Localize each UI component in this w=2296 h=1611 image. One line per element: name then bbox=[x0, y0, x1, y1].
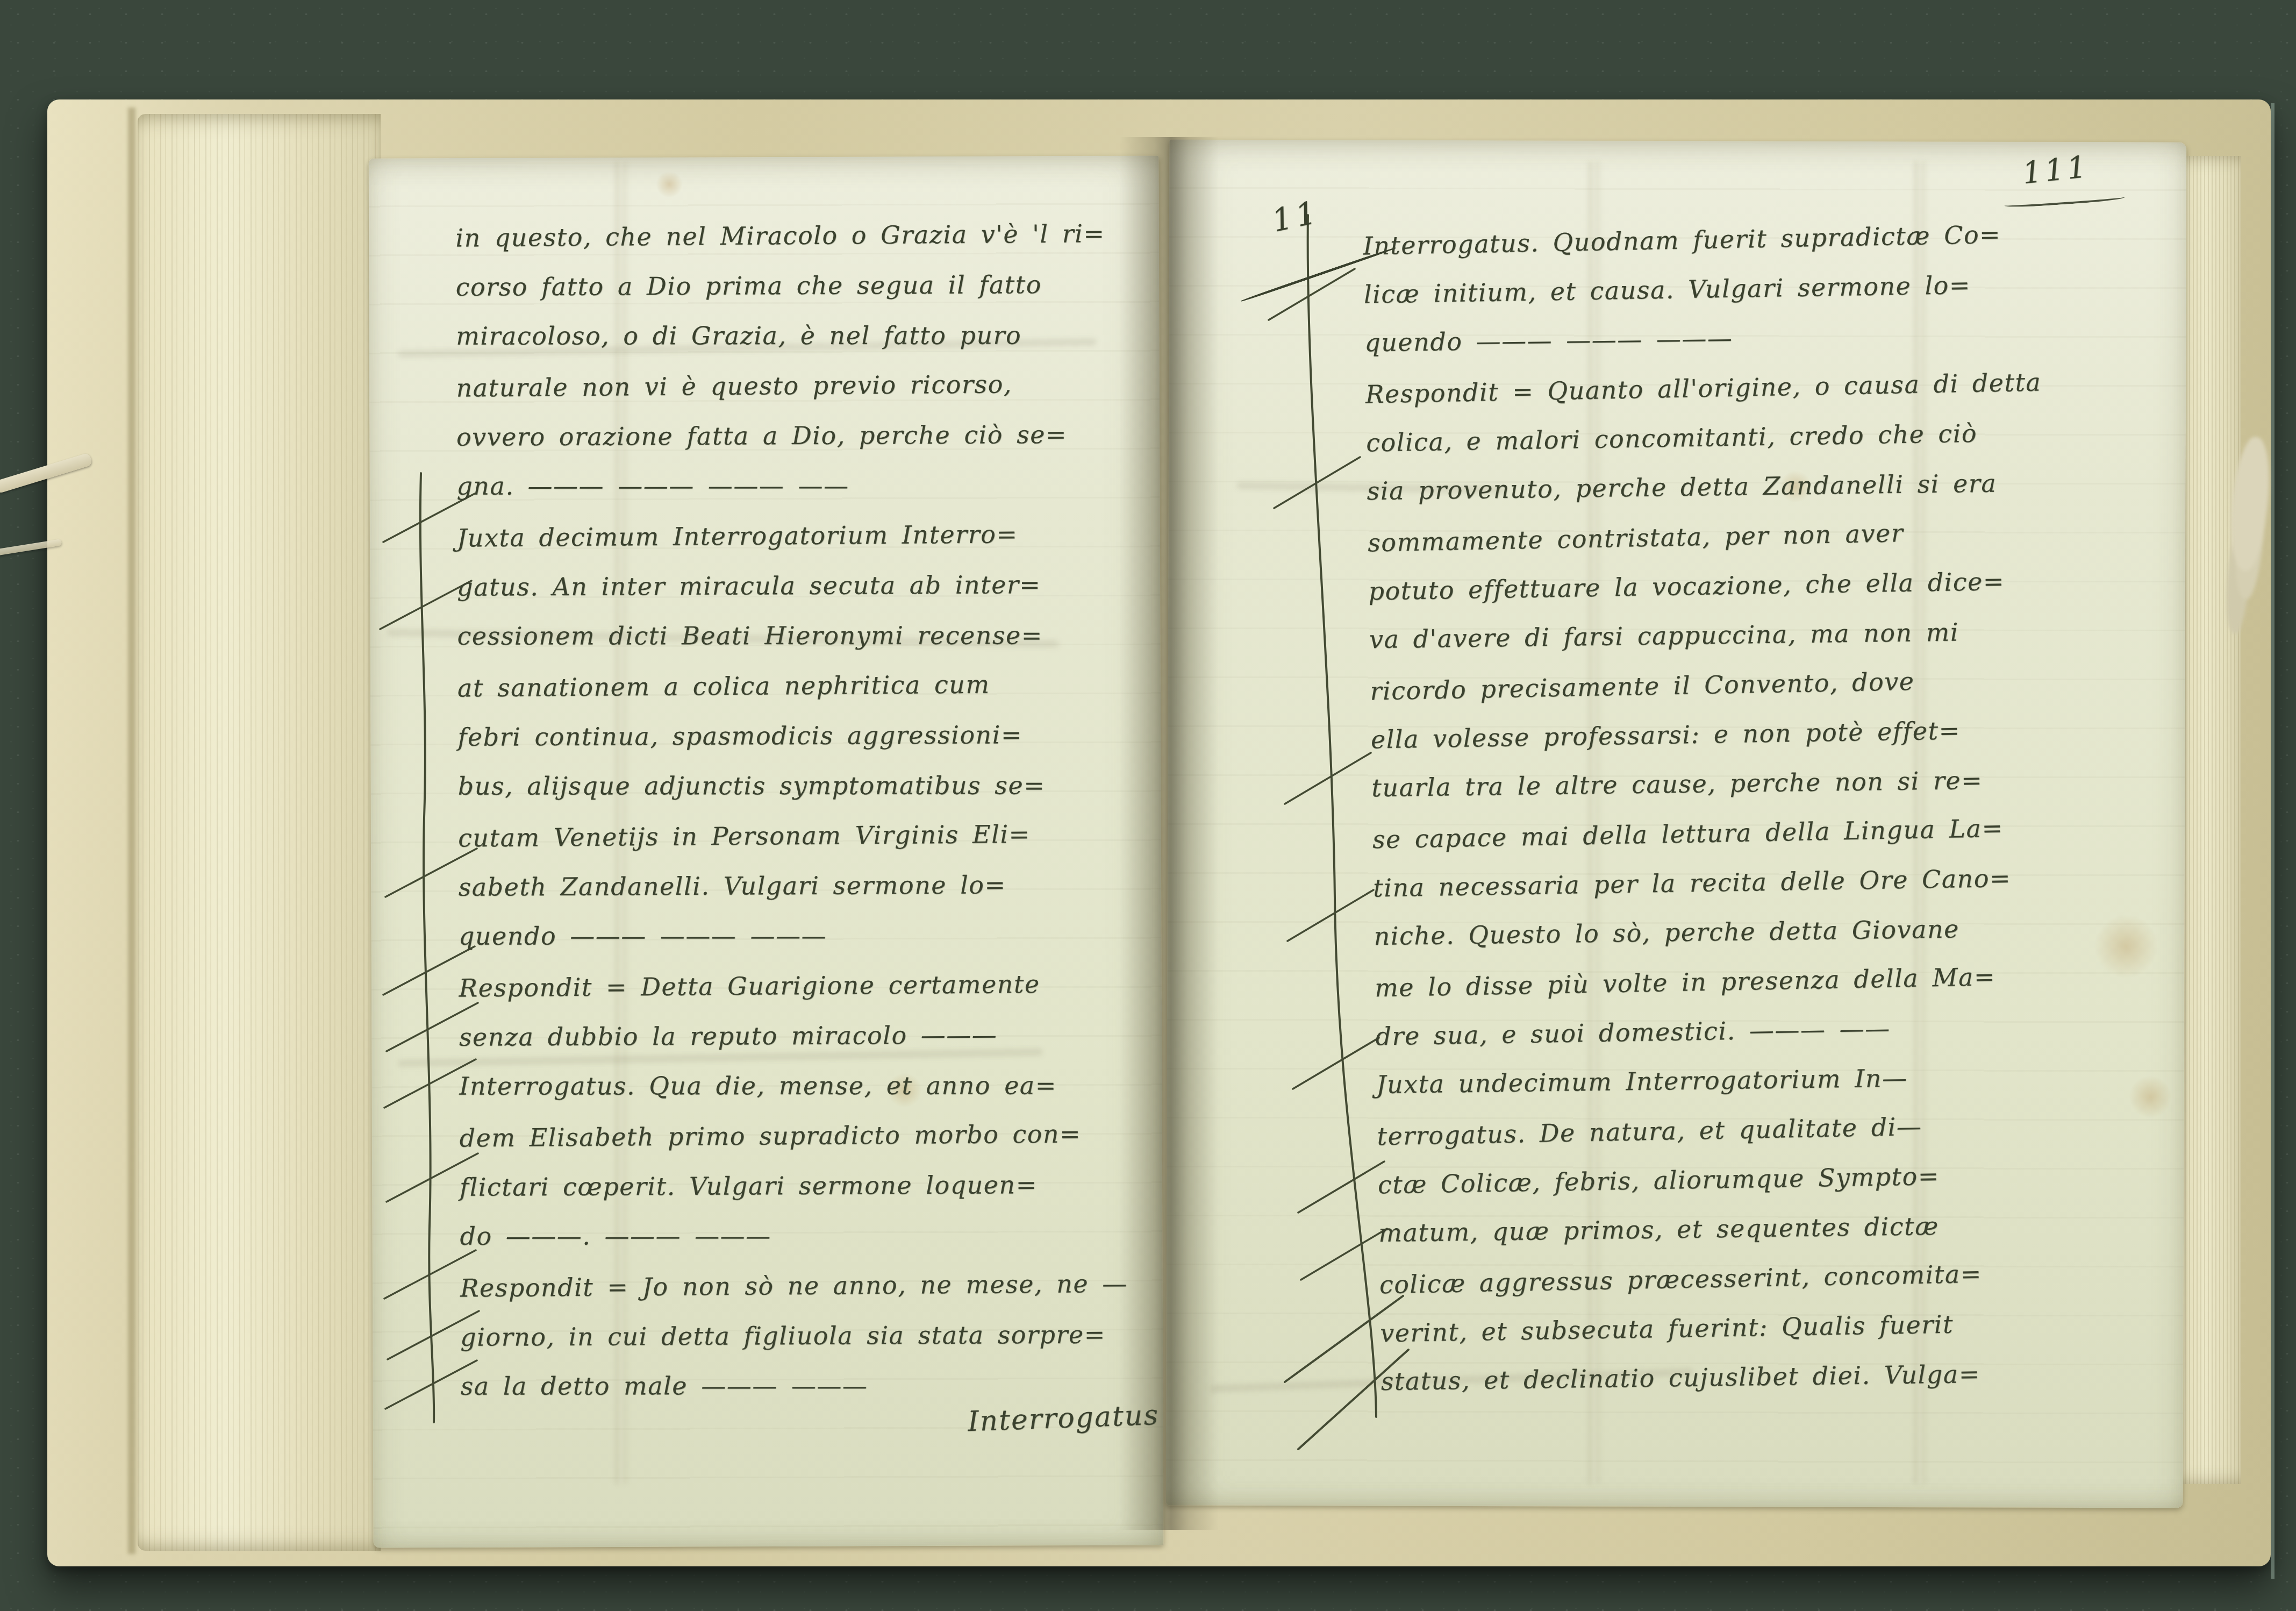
left-page-text: in questo, che nel Miracolo o Grazia v'è… bbox=[455, 209, 1160, 1413]
manuscript-line: in questo, che nel Miracolo o Grazia v'è… bbox=[455, 208, 1155, 263]
manuscript-line: cutam Venetijs in Personam Virginis Eli= bbox=[458, 808, 1157, 863]
manuscript-line: senza dubbio la reputo miracolo ——— bbox=[459, 1009, 1158, 1063]
manuscript-line: Juxta decimum Interrogatorium Interro= bbox=[456, 508, 1156, 563]
manuscript-photo: 111 11 in questo, che nel Miracolo o Gra… bbox=[0, 0, 2296, 1611]
catchword: Interrogatus bbox=[967, 1399, 1160, 1438]
manuscript-line: gna. ——— ——— ——— —— bbox=[456, 460, 1155, 511]
manuscript-line: dem Elisabeth primo supradicto morbo con… bbox=[459, 1108, 1158, 1163]
manuscript-line: gatus. An inter miracula secuta ab inter… bbox=[457, 559, 1156, 612]
manuscript-line: sabeth Zandanelli. Vulgari sermone lo= bbox=[458, 859, 1157, 913]
cover-joint-groove bbox=[128, 108, 135, 1554]
manuscript-line: flictari cœperit. Vulgari sermone loquen… bbox=[460, 1159, 1158, 1213]
right-page-text: Interrogatus. Quodnam fuerit supradictæ … bbox=[1363, 208, 2166, 1408]
glass-edge-line bbox=[2271, 103, 2274, 1579]
page-number: 111 bbox=[2021, 149, 2091, 191]
manuscript-line: status, et declinatio cujuslibet diei. V… bbox=[1381, 1347, 2166, 1406]
manuscript-line: giorno, in cui detta figliuola sia stata… bbox=[460, 1309, 1159, 1363]
manuscript-line: do ———. ——— ——— bbox=[460, 1210, 1158, 1261]
manuscript-line: miracoloso, o di Grazia, è nel fatto pur… bbox=[456, 310, 1155, 361]
manuscript-line: ovvero orazione fatta a Dio, perche ciò … bbox=[456, 409, 1155, 462]
manuscript-line: Respondit = Jo non sò ne anno, ne mese, … bbox=[460, 1258, 1160, 1313]
manuscript-line: Respondit = Detta Guarigione certamente bbox=[459, 958, 1158, 1013]
manuscript-line: naturale non vi è questo previo ricorso, bbox=[456, 358, 1155, 413]
page-stack-fore-edge-right bbox=[2181, 156, 2241, 1484]
page-stack-fore-edge-left bbox=[138, 114, 381, 1551]
manuscript-line: at sanationem a colica nephritica cum bbox=[457, 658, 1157, 713]
manuscript-line: febri continua, spasmodicis aggressioni= bbox=[457, 709, 1156, 762]
manuscript-line: bus, alijsque adjunctis symptomatibus se… bbox=[458, 760, 1157, 811]
manuscript-line: corso fatto a Dio prima che segua il fat… bbox=[456, 259, 1155, 312]
foxing-spot bbox=[656, 171, 683, 198]
manuscript-line: Interrogatus. Qua die, mense, et anno ea… bbox=[459, 1060, 1158, 1111]
manuscript-line: cessionem dicti Beati Hieronymi recense= bbox=[457, 610, 1156, 661]
manuscript-line: quendo ——— ——— ——— bbox=[459, 910, 1157, 961]
